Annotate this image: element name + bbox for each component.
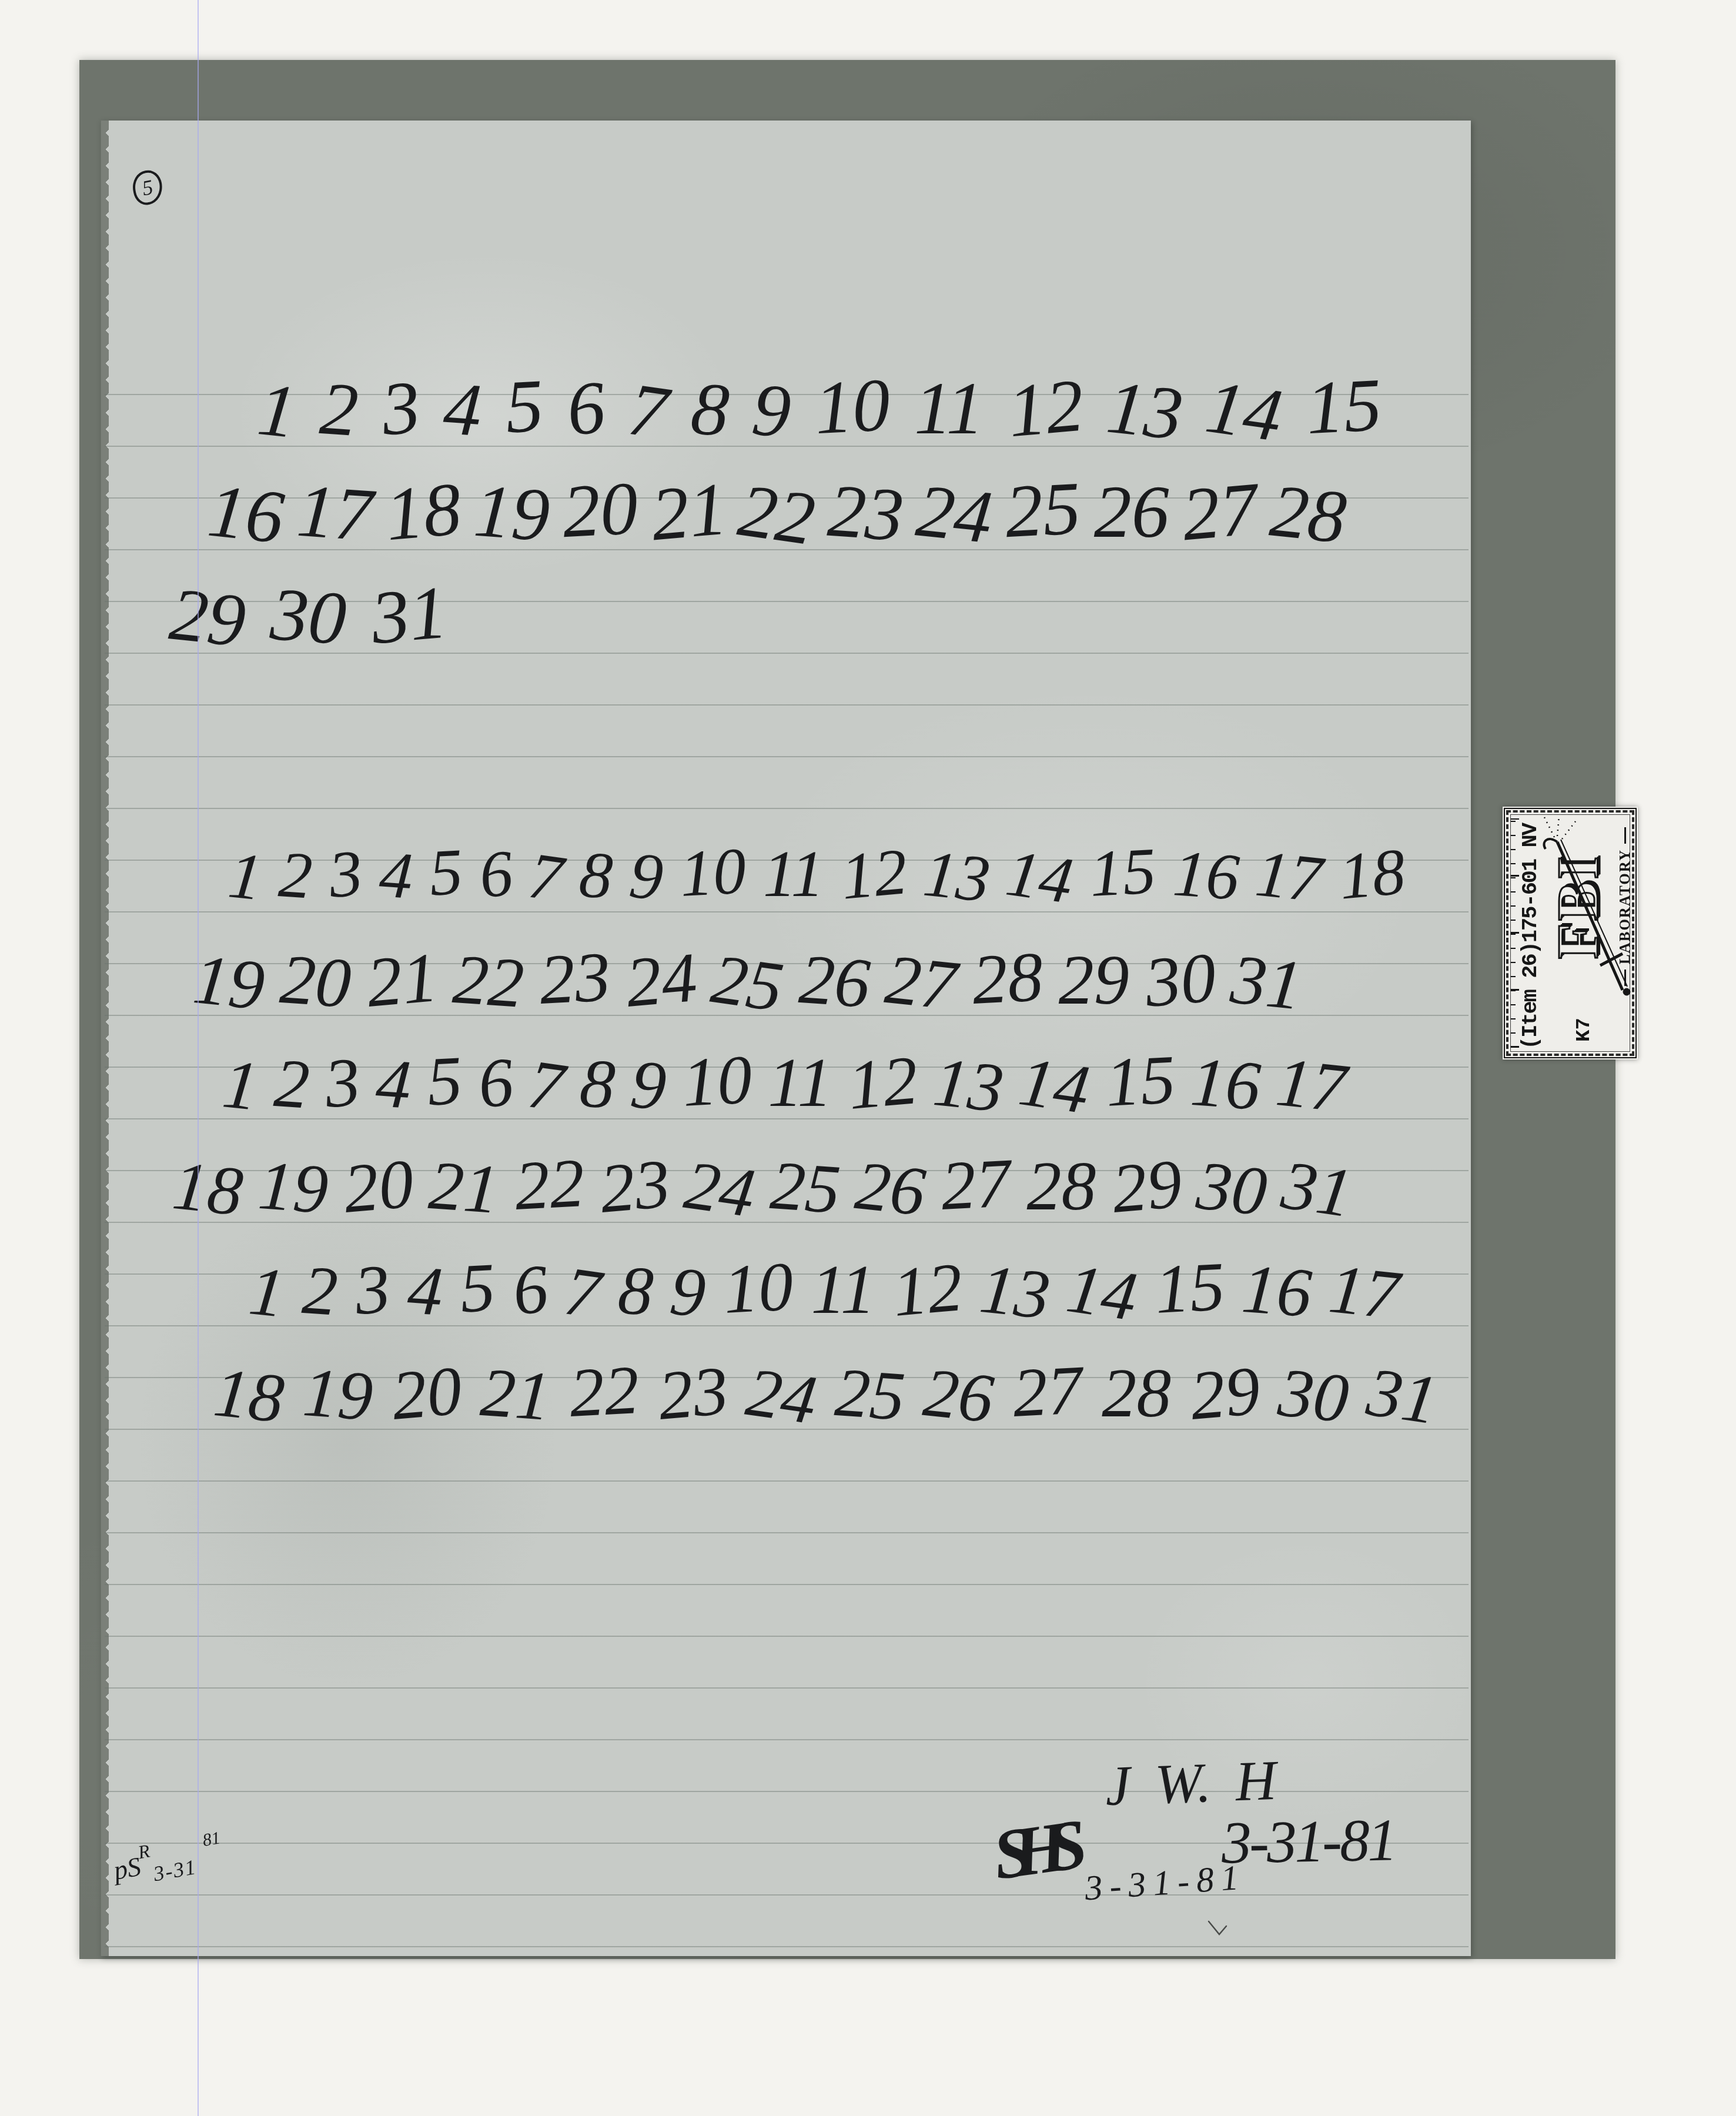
handwritten-number: 11: [763, 841, 824, 907]
label-item-number: (Item 26)175-601 NV: [1520, 824, 1542, 1049]
handwritten-number: 16: [205, 473, 287, 556]
handwritten-number: 18: [211, 1358, 287, 1434]
handwritten-number: 5: [428, 839, 464, 907]
handwritten-number: 25: [708, 943, 788, 1023]
handwritten-number: 26: [1094, 474, 1169, 549]
handwritten-number: 5: [426, 1046, 464, 1117]
handwritten-number: 21: [648, 471, 730, 553]
handwritten-number: 31: [1277, 1150, 1356, 1228]
handwritten-number: 24: [681, 1150, 759, 1228]
handwritten-number-row: 19202122232425262728293031: [194, 945, 1302, 1015]
handwritten-number: 7: [525, 843, 567, 912]
handwritten-number: 3: [322, 1047, 363, 1119]
handwritten-number: 16: [1240, 1254, 1314, 1328]
handwritten-number: 2: [277, 841, 315, 910]
handwritten-number: 23: [597, 1149, 673, 1224]
handwritten-number: 17: [295, 473, 375, 553]
handwritten-number: 16: [1189, 1047, 1263, 1121]
examiner-date: 3-31-81: [1221, 1810, 1396, 1873]
handwritten-number: 29: [166, 576, 249, 659]
handwritten-number: 7: [524, 1049, 568, 1122]
handwritten-number: 12: [1005, 367, 1086, 449]
handwritten-number: 19: [471, 473, 552, 553]
handwritten-number: 12: [838, 838, 909, 910]
handwritten-number: 1: [220, 1049, 262, 1122]
handwritten-number: 14: [1002, 840, 1076, 914]
handwritten-number: 27: [882, 944, 959, 1021]
handwritten-number: 17: [1326, 1254, 1403, 1331]
handwritten-number: 19: [301, 1358, 375, 1432]
handwritten-number: 30: [1142, 942, 1219, 1018]
handwritten-number: 1: [226, 842, 265, 911]
handwritten-number: 20: [341, 1149, 416, 1224]
handwritten-number: 17: [1253, 840, 1325, 912]
handwritten-number: 24: [742, 1357, 820, 1435]
handwritten-number: 15: [1153, 1252, 1226, 1325]
handwritten-number: 25: [1004, 470, 1083, 550]
handwritten-number: 5: [459, 1253, 497, 1324]
handwritten-number: 31: [369, 574, 450, 656]
handwritten-number: 26: [921, 1358, 997, 1434]
handwritten-number-row: 1234567891011121314151617: [250, 1255, 1399, 1325]
handwritten-number: 25: [833, 1358, 907, 1432]
handwritten-number-row: 1819202122232425262728293031: [173, 1152, 1352, 1221]
second-examiner-initials: SHS: [989, 1811, 1071, 1891]
handwritten-number: 15: [1103, 1045, 1176, 1118]
handwritten-number: 24: [623, 942, 700, 1018]
handwritten-number: 13: [931, 1047, 1007, 1124]
handwritten-number: 11: [768, 1048, 832, 1118]
handwritten-number: 4: [405, 1255, 444, 1327]
handwritten-number: 3: [352, 1254, 393, 1326]
handwritten-number: 6: [477, 840, 516, 908]
handwritten-number-row: 1234567891011121314151617: [223, 1048, 1346, 1118]
handwritten-number: 4: [441, 370, 484, 448]
handwritten-number: 4: [374, 1048, 413, 1120]
circled-page-number-value: 5: [140, 175, 155, 200]
handwritten-number: 31: [1228, 944, 1306, 1021]
handwritten-number: 2: [272, 1048, 312, 1120]
handwritten-number: 5: [504, 367, 546, 444]
handwritten-number: 14: [1063, 1253, 1141, 1332]
handwritten-number: 22: [451, 944, 526, 1019]
handwritten-number: 23: [655, 1356, 731, 1431]
handwritten-number: 13: [1103, 369, 1186, 452]
handwritten-number: 30: [1276, 1358, 1352, 1434]
handwritten-number: 6: [476, 1047, 516, 1119]
sword-icon: [1541, 815, 1633, 998]
handwritten-number: 19: [256, 1151, 330, 1225]
handwritten-number: 3: [327, 840, 366, 908]
handwritten-number: 10: [722, 1252, 795, 1325]
handwritten-number: 20: [561, 470, 640, 550]
handwritten-number: 6: [510, 1254, 551, 1326]
handwritten-number-row: 123456789101112131415161718: [229, 841, 1405, 907]
handwritten-number: 27: [939, 1148, 1012, 1221]
handwritten-number: 7: [624, 371, 671, 451]
handwritten-number-row: 293031: [170, 577, 447, 653]
handwritten-number: 7: [561, 1256, 605, 1329]
handwritten-number: 26: [797, 944, 872, 1019]
handwritten-number: 18: [383, 471, 464, 553]
photograph-of-evidence-document: 5 123456789101112131415 1617181920212223…: [0, 0, 1736, 2116]
handwritten-number: 21: [364, 942, 440, 1018]
handwritten-number: 19: [190, 944, 268, 1021]
handwritten-number: 30: [1193, 1151, 1270, 1227]
handwritten-number: 28: [1267, 473, 1350, 556]
examiner-initials: J W. H: [1104, 1752, 1277, 1814]
handwritten-number: 12: [845, 1045, 921, 1121]
handwritten-number: 2: [318, 370, 361, 448]
handwritten-number: 29: [1109, 1149, 1185, 1224]
handwritten-number: 16: [1171, 840, 1242, 911]
handwritten-number: 18: [170, 1151, 246, 1227]
handwritten-number: 15: [1304, 367, 1383, 446]
handwritten-number: 17: [1273, 1047, 1350, 1124]
handwritten-number: 10: [812, 367, 892, 446]
handwritten-number: 26: [852, 1151, 929, 1227]
handwritten-number: 31: [1363, 1357, 1441, 1435]
handwritten-number: 3: [379, 369, 423, 447]
handwritten-number: 27: [1011, 1355, 1084, 1428]
ruler-ticks-icon: [1511, 818, 1519, 1048]
handwritten-number-row: 16171819202122232425262728: [209, 474, 1346, 549]
handwritten-number: 8: [616, 1255, 655, 1327]
label-specimen-code: K7: [1573, 1018, 1595, 1042]
handwritten-number: 22: [513, 1148, 586, 1221]
handwritten-number: 13: [977, 1254, 1053, 1331]
handwritten-number: 9: [667, 1256, 709, 1329]
handwritten-number-row: 123456789101112131415: [259, 370, 1382, 446]
handwritten-number: 22: [568, 1355, 641, 1428]
scan-artifact-line: [198, 0, 199, 2116]
corner-year: 81: [201, 1828, 222, 1850]
fbi-laboratory-seal: FBI LABORATORY: [1541, 815, 1633, 998]
handwritten-number: 25: [768, 1151, 842, 1225]
handwritten-number: 1: [255, 371, 300, 450]
handwritten-number: 20: [389, 1356, 464, 1431]
handwritten-number: 11: [914, 370, 984, 446]
handwritten-number: 18: [1336, 838, 1407, 910]
handwritten-number: 1: [246, 1256, 288, 1329]
handwritten-number: 20: [278, 944, 353, 1019]
handwritten-number: 11: [811, 1255, 875, 1325]
handwritten-number: 21: [479, 1358, 553, 1432]
handwritten-number: 9: [627, 1049, 669, 1122]
handwritten-number: 8: [577, 841, 615, 910]
handwritten-number: 9: [749, 371, 794, 450]
handwritten-number: 15: [1088, 838, 1158, 907]
handwritten-number: 29: [1059, 945, 1129, 1015]
handwritten-number: 2: [300, 1255, 339, 1327]
handwritten-number: 8: [578, 1048, 617, 1120]
handwritten-number: 21: [427, 1151, 501, 1225]
handwritten-number: 4: [377, 841, 415, 910]
handwritten-number: 28: [1102, 1359, 1171, 1428]
handwritten-number: 29: [1188, 1356, 1263, 1431]
stray-scratch-mark: [1206, 1918, 1230, 1938]
handwritten-number: 14: [1015, 1047, 1093, 1125]
handwritten-number: 13: [921, 840, 993, 912]
handwritten-number: 9: [626, 842, 665, 911]
handwritten-number: 14: [1202, 369, 1287, 454]
handwritten-number: 10: [678, 838, 748, 907]
handwritten-number: 23: [826, 473, 907, 553]
handwritten-number: 27: [1179, 471, 1261, 553]
handwritten-number: 23: [538, 941, 612, 1015]
handwritten-number: 6: [564, 369, 608, 447]
handwritten-number: 28: [970, 941, 1044, 1015]
handwritten-number-row: 1819202122232425262728293031: [215, 1359, 1437, 1428]
handwritten-number: 10: [680, 1045, 753, 1118]
handwritten-number: 24: [913, 473, 996, 556]
handwritten-number: 30: [269, 576, 349, 657]
handwritten-number: 28: [1026, 1152, 1096, 1221]
handwritten-number: 22: [734, 472, 820, 557]
handwritten-number: 12: [890, 1252, 965, 1328]
fbi-evidence-label: (Item 26)175-601 NV K7 FBI LABORATORY: [1503, 807, 1638, 1059]
handwritten-number: 8: [688, 370, 731, 448]
